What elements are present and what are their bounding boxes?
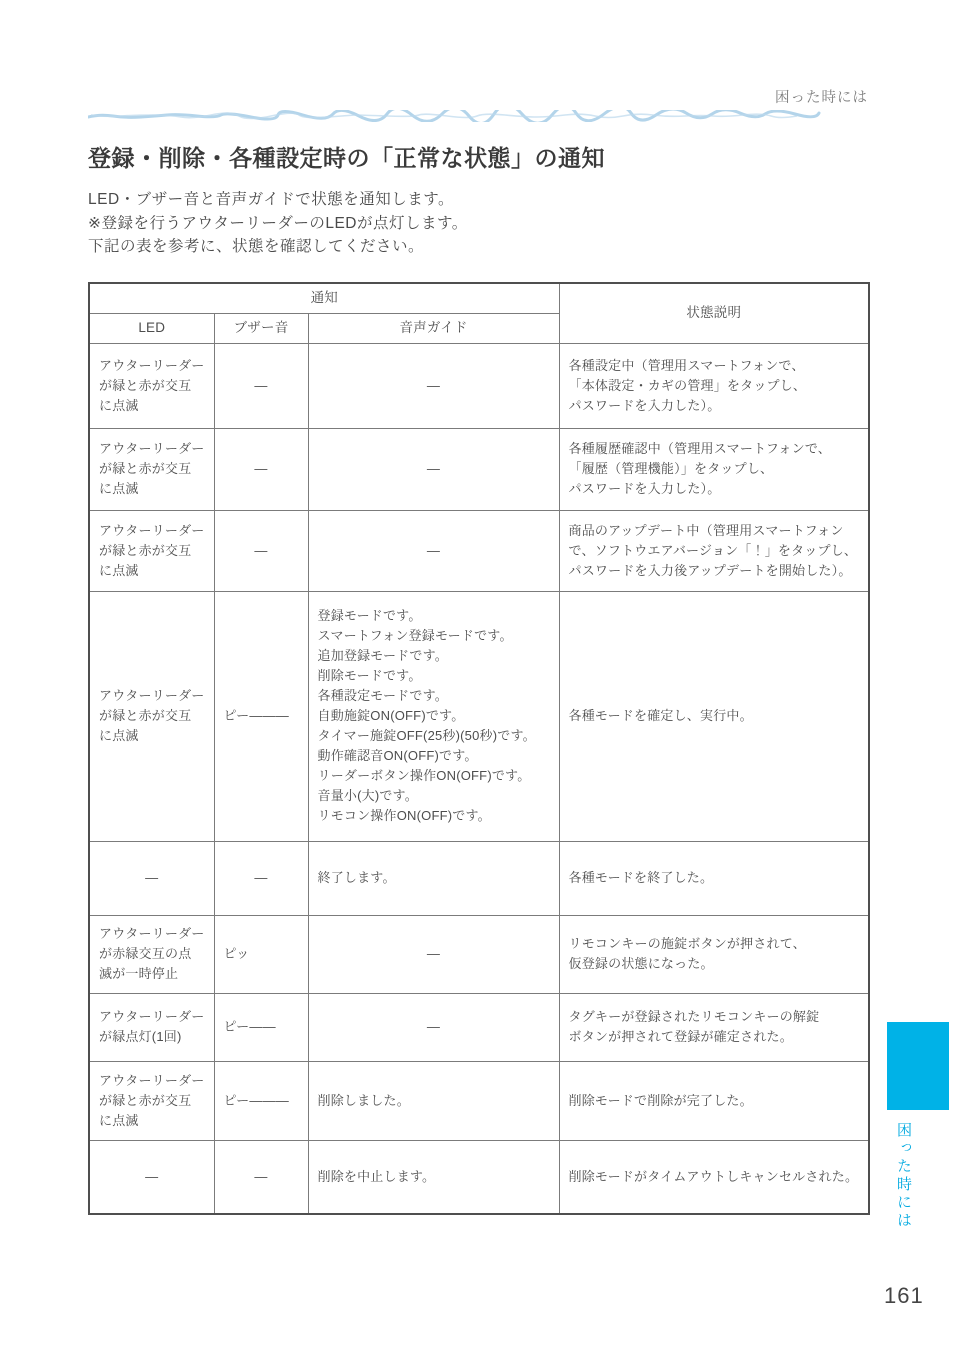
status-cell: 削除モードで削除が完了した。 — [559, 1061, 869, 1140]
table-header-voice: 音声ガイド — [308, 313, 559, 343]
status-cell: 各種履歴確認中（管理用スマートフォンで、 「履歴（管理機能）」をタップし、 パス… — [559, 428, 869, 510]
table-row: アウターリーダー が緑と赤が交互 に点滅——各種履歴確認中（管理用スマートフォン… — [89, 428, 869, 510]
header-row-group: 通知 状態説明 — [89, 283, 869, 313]
table-header-buzzer: ブザー音 — [214, 313, 308, 343]
led-cell: アウターリーダー が赤緑交互の点 滅が一時停止 — [89, 915, 214, 993]
voice-cell: 登録モードです。 スマートフォン登録モードです。 追加登録モードです。 削除モー… — [308, 591, 559, 841]
table-row: ——削除を中止します。削除モードがタイムアウトしキャンセルされた。 — [89, 1140, 869, 1214]
status-cell: 各種設定中（管理用スマートフォンで、 「本体設定・カギの管理」をタップし、 パス… — [559, 343, 869, 428]
status-table: 通知 状態説明 LED ブザー音 音声ガイド アウターリーダー が緑と赤が交互 … — [88, 282, 870, 1215]
led-cell: アウターリーダー が緑と赤が交互 に点滅 — [89, 510, 214, 591]
led-cell: — — [89, 841, 214, 915]
table-row: アウターリーダー が緑と赤が交互 に点滅——各種設定中（管理用スマートフォンで、… — [89, 343, 869, 428]
table-header-led: LED — [89, 313, 214, 343]
status-cell: タグキーが登録されたリモコンキーの解錠 ボタンが押されて登録が確定された。 — [559, 993, 869, 1061]
status-cell: リモコンキーの施錠ボタンが押されて、 仮登録の状態になった。 — [559, 915, 869, 993]
led-cell: — — [89, 1140, 214, 1214]
voice-cell: — — [308, 510, 559, 591]
buzzer-cell: ピー――― — [214, 591, 308, 841]
table-row: アウターリーダー が緑と赤が交互 に点滅ピー―――登録モードです。 スマートフォ… — [89, 591, 869, 841]
buzzer-cell: — — [214, 1140, 308, 1214]
buzzer-cell: — — [214, 428, 308, 510]
status-cell: 各種モードを確定し、実行中。 — [559, 591, 869, 841]
section-tab-label: 困った時には — [893, 1122, 914, 1292]
led-cell: アウターリーダー が緑点灯(1回) — [89, 993, 214, 1061]
voice-cell: — — [308, 428, 559, 510]
running-header: 困った時には — [775, 86, 868, 107]
section-tab — [887, 1022, 949, 1110]
table-row: アウターリーダー が赤緑交互の点 滅が一時停止ピッ—リモコンキーの施錠ボタンが押… — [89, 915, 869, 993]
intro-text: LED・ブザー音と音声ガイドで状態を通知します。 ※登録を行うアウターリーダーの… — [88, 188, 468, 259]
table-header-notification: 通知 — [89, 283, 559, 313]
intro-line-2: ※登録を行うアウターリーダーのLEDが点灯します。 — [88, 212, 468, 236]
voice-cell: 終了します。 — [308, 841, 559, 915]
voice-cell: 削除を中止します。 — [308, 1140, 559, 1214]
led-cell: アウターリーダー が緑と赤が交互 に点滅 — [89, 343, 214, 428]
table-row: ——終了します。各種モードを終了した。 — [89, 841, 869, 915]
status-cell: 削除モードがタイムアウトしキャンセルされた。 — [559, 1140, 869, 1214]
buzzer-cell: — — [214, 343, 308, 428]
status-table-header: 通知 状態説明 LED ブザー音 音声ガイド — [89, 283, 869, 343]
intro-line-1: LED・ブザー音と音声ガイドで状態を通知します。 — [88, 188, 468, 212]
table-row: アウターリーダー が緑と赤が交互 に点滅ピー―――削除しました。削除モードで削除… — [89, 1061, 869, 1140]
status-cell: 各種モードを終了した。 — [559, 841, 869, 915]
voice-cell: — — [308, 915, 559, 993]
status-cell: 商品のアップデート中（管理用スマートフォン で、ソフトウエアバージョン「！」をタ… — [559, 510, 869, 591]
table-row: アウターリーダー が緑点灯(1回)ピー――—タグキーが登録されたリモコンキーの解… — [89, 993, 869, 1061]
led-cell: アウターリーダー が緑と赤が交互 に点滅 — [89, 591, 214, 841]
table-header-status: 状態説明 — [559, 283, 869, 343]
buzzer-cell: — — [214, 510, 308, 591]
buzzer-cell: ピー―― — [214, 993, 308, 1061]
voice-cell: 削除しました。 — [308, 1061, 559, 1140]
status-table-body: アウターリーダー が緑と赤が交互 に点滅——各種設定中（管理用スマートフォンで、… — [89, 343, 869, 1214]
buzzer-cell: — — [214, 841, 308, 915]
voice-cell: — — [308, 343, 559, 428]
voice-cell: — — [308, 993, 559, 1061]
page-title: 登録・削除・各種設定時の「正常な状態」の通知 — [88, 140, 605, 173]
buzzer-cell: ピー――― — [214, 1061, 308, 1140]
page-number: 161 — [884, 1283, 924, 1309]
led-cell: アウターリーダー が緑と赤が交互 に点滅 — [89, 1061, 214, 1140]
led-cell: アウターリーダー が緑と赤が交互 に点滅 — [89, 428, 214, 510]
intro-line-3: 下記の表を参考に、状態を確認してください。 — [88, 235, 468, 259]
table-row: アウターリーダー が緑と赤が交互 に点滅——商品のアップデート中（管理用スマート… — [89, 510, 869, 591]
decorative-wave-line — [88, 110, 878, 122]
buzzer-cell: ピッ — [214, 915, 308, 993]
